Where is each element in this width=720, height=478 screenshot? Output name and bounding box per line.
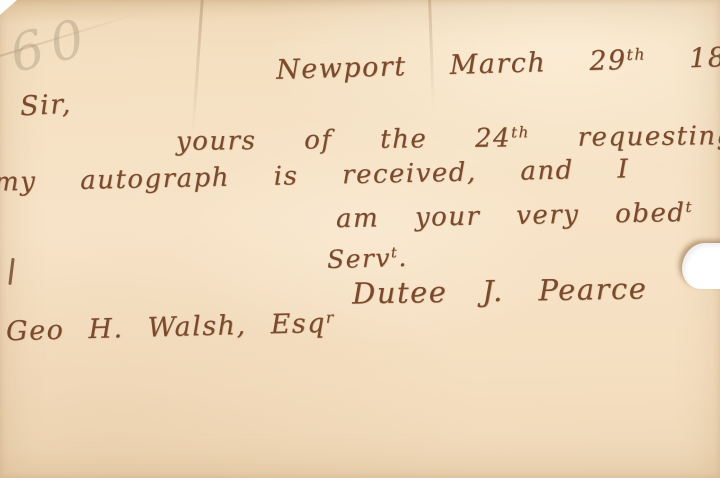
letter-body-line-2: my autograph is received, and I bbox=[0, 154, 630, 197]
letter-closing: Servt. bbox=[327, 243, 409, 274]
paper-sheet: 60 Newport March 29th 1837 Sir, yours of… bbox=[0, 0, 720, 478]
letter-scan: 60 Newport March 29th 1837 Sir, yours of… bbox=[0, 0, 720, 478]
dateline-day: 29th bbox=[589, 44, 647, 77]
letter-salutation: Sir, bbox=[19, 89, 72, 123]
stray-ink-mark bbox=[8, 258, 14, 285]
letter-body-line-3: am your very obedt bbox=[336, 198, 694, 234]
paper-crease bbox=[191, 0, 203, 135]
dateline-year: 1837 bbox=[689, 41, 720, 74]
dateline-month: March bbox=[449, 47, 546, 81]
dateline-place: Newport bbox=[276, 51, 407, 86]
letter-signature: Dutee J. Pearce bbox=[352, 271, 648, 310]
pencil-annotation: 60 bbox=[4, 7, 98, 85]
paper-tear-notch bbox=[682, 243, 720, 289]
letter-dateline: Newport March 29th 1837 bbox=[276, 41, 720, 86]
letter-addressee: Geo H. Walsh, Esqr bbox=[6, 308, 336, 348]
letter-body-line-1: yours of the 24th requesting bbox=[176, 121, 720, 157]
